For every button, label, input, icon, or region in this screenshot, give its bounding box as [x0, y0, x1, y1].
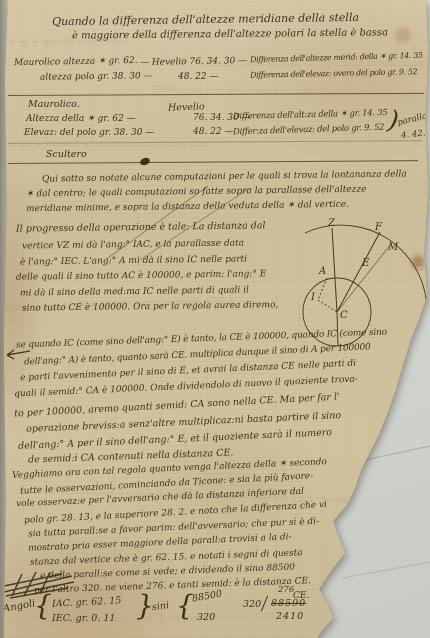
paper-wrap: Maurolico altezza ✶ gr. 62. delle quali … — [0, 0, 430, 638]
sine-value-1: 88500 — [191, 588, 223, 604]
margin-arrow-icon — [2, 346, 32, 360]
diagram-label-a: A — [318, 266, 326, 277]
diagram-label-z: Z — [327, 218, 336, 229]
division-dividend: 88590 — [271, 598, 306, 609]
parallax-label: parallasse — [396, 108, 430, 128]
obs-row2-hevelio: 48. 22 — — [178, 72, 219, 82]
manuscript-photo: { "title": { "line1": "Quando la differe… — [0, 0, 430, 638]
division-divisor: 320 — [243, 599, 261, 610]
diagram-label-f: F — [374, 222, 383, 233]
comparison-heading: Maurolico. — [28, 99, 80, 110]
obs-row1-hevelio: — Hevelio 76. 34. 30 — — [140, 56, 247, 68]
ink-blot — [139, 157, 151, 167]
obs-row1-label: Maurolico altezza ✶ gr. 62. — [14, 56, 138, 68]
diagram-line-CF — [337, 232, 380, 312]
comparison-col2-heading: Hevelio — [168, 101, 205, 113]
manuscript-paper: Maurolico altezza ✶ gr. 62. delle quali … — [0, 0, 430, 638]
title-line-2: è maggiore della differenza dell'altezze… — [72, 27, 388, 41]
ruled-line — [8, 160, 418, 164]
angles-brace: { — [34, 589, 52, 622]
comparison-r2-label: Elevaz: del polo gr. 38. 30 — — [24, 128, 154, 138]
para2-line: delle quali il sino tutto AC è 100000, e… — [16, 269, 266, 282]
diagram-label-m: M — [387, 242, 399, 253]
comparison-r1-label: Altezza della ✶ gr. 62 — — [26, 114, 136, 124]
diagram-large-arc — [305, 225, 427, 345]
sini-label: sini — [151, 600, 169, 613]
division-quotient: 276 — [278, 585, 294, 595]
para2-line: è l'ang:° IEC. L'ang:° A mi dà il sino I… — [20, 254, 247, 267]
diagram-dotted-IC — [318, 300, 337, 312]
angle-iac-value: IAC. gr. 62. 15 — [52, 595, 122, 610]
comparison-footer: Scultero — [46, 149, 87, 160]
division-slash — [261, 595, 269, 611]
title-line-1: Quando la differenza dell'altezze meridi… — [52, 11, 359, 28]
angle-iec-value: IEC. gr. 0. 11 — [52, 613, 115, 624]
division-remainder: 2410 — [276, 611, 304, 622]
diagram-label-i: I — [310, 292, 316, 303]
comparison-r2-difference: Differ:za dell'elevaz: del polo gr. 9. 5… — [233, 123, 385, 138]
comparison-r1-difference: Differenza dell'alt:za della ✶ gr. 14. 3… — [233, 108, 388, 122]
diagram-line-CM — [337, 244, 391, 312]
comparison-r2-value: 48. 22 — — [193, 127, 234, 137]
obs-row2-label: altezza polo gr. 38. 30 — — [40, 71, 153, 83]
parallax-value: 4. 42. 30 — [401, 127, 430, 141]
diagram-label-c: C — [340, 310, 348, 321]
diagram-label-e: E — [361, 258, 370, 269]
sine-value-2: 320 — [197, 612, 215, 623]
